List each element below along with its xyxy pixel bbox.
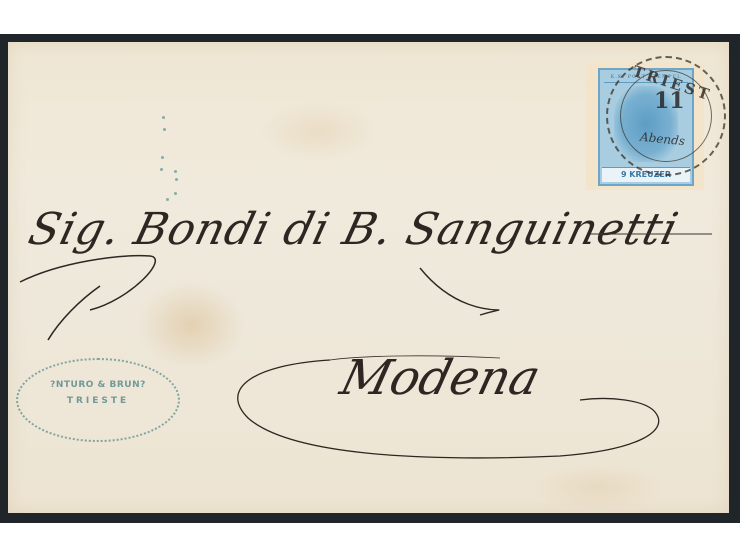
postmark: TRIEST 11 Abends bbox=[606, 56, 726, 176]
address-line-city: Modena bbox=[335, 350, 546, 406]
paper-stain bbox=[258, 102, 378, 162]
paper-stain bbox=[528, 462, 668, 512]
merchant-cachet: ?NTURO & BRUN? TRIESTE bbox=[16, 358, 180, 442]
paper-stain bbox=[136, 280, 246, 370]
cachet-firm-name: ?NTURO & BRUN? bbox=[18, 380, 178, 390]
cachet-city: TRIESTE bbox=[18, 396, 178, 406]
postmark-day: 11 bbox=[654, 88, 685, 114]
address-line-recipient: Sig. Bondi di B. Sanguinetti bbox=[24, 204, 684, 255]
ink-specks bbox=[160, 112, 190, 202]
